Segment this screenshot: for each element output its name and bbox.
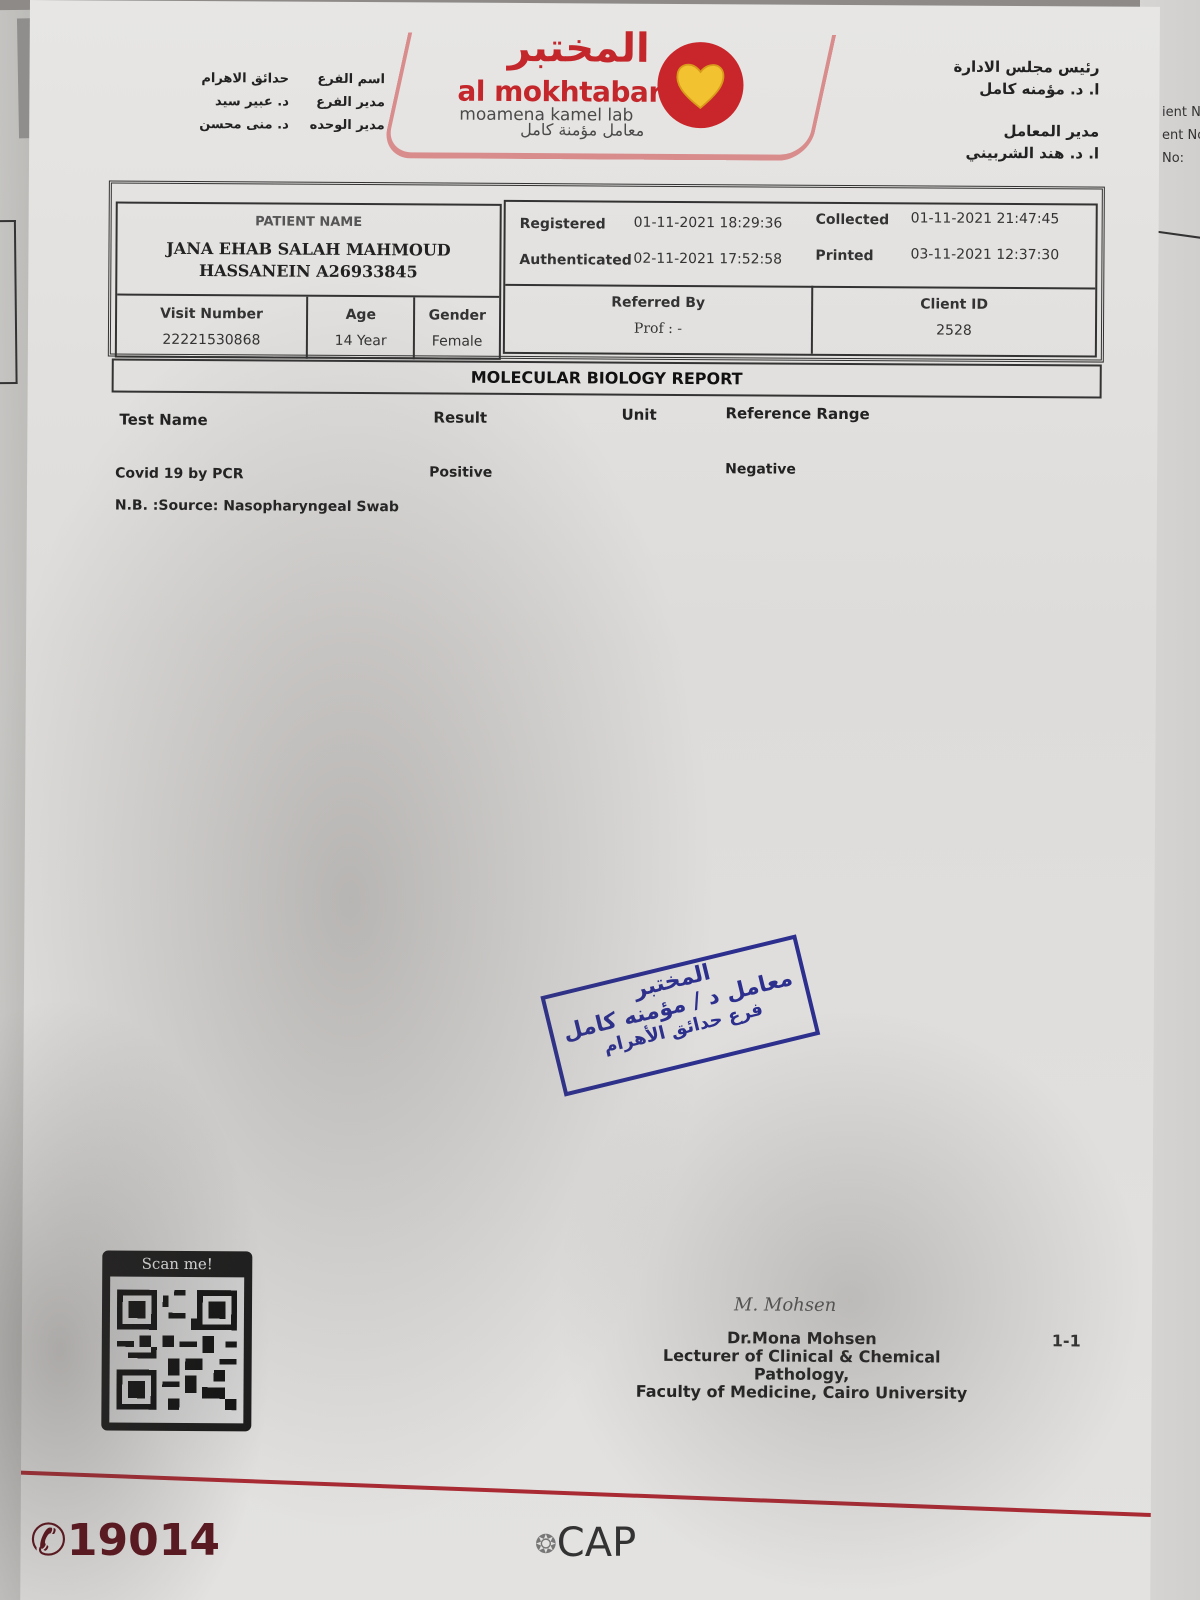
- test-name: Covid 19 by PCR: [115, 466, 244, 483]
- patient-name: JANA EHAB SALAH MAHMOUD HASSANEIN A26933…: [117, 238, 499, 284]
- visit-number: 22221530868: [117, 332, 306, 349]
- referred-by-cell: Referred By Prof : -: [505, 284, 813, 354]
- branch-info: اسم الفرعحدائق الاهرام مدير الفرعد. عبير…: [199, 71, 385, 141]
- signatory-block: Dr.Mona Mohsen Lecturer of Clinical & Ch…: [621, 1329, 981, 1403]
- authenticated-label: Authenticated: [519, 252, 631, 269]
- patient-box: PATIENT NAME JANA EHAB SALAH MAHMOUD HAS…: [115, 202, 502, 360]
- col-result: Result: [433, 408, 487, 426]
- chairman-title: رئيس مجلس الادارة: [940, 56, 1100, 79]
- age-cell: Age 14 Year: [308, 297, 416, 360]
- lab-director-title: مدير المعامل: [939, 120, 1099, 143]
- lab-report-sheet: اسم الفرعحدائق الاهرام مدير الفرعد. عبير…: [20, 0, 1160, 1600]
- patient-name-line1: JANA EHAB SALAH MAHMOUD: [117, 238, 499, 262]
- cap-text: CAP: [557, 1520, 636, 1566]
- fragment-text: No:: [1162, 151, 1184, 166]
- branch-value: حدائق الاهرام: [201, 71, 289, 87]
- signatory-affiliation: Faculty of Medicine, Cairo University: [621, 1383, 981, 1403]
- unit-manager-value: د. منى محسن: [199, 117, 289, 133]
- test-reference: Negative: [725, 461, 796, 477]
- logo-subtitle-arabic: معامل مؤمنة كامل: [459, 120, 644, 140]
- referred-by-label: Referred By: [505, 294, 811, 312]
- visit-number-cell: Visit Number 22221530868: [117, 296, 308, 359]
- fragment-text: ent No: [1162, 128, 1200, 143]
- age-value: 14 Year: [308, 333, 414, 350]
- registered-label: Registered: [520, 216, 606, 233]
- printed-label: Printed: [815, 248, 873, 264]
- gender-value: Female: [415, 333, 499, 350]
- client-id-cell: Client ID 2528: [813, 286, 1095, 356]
- registered-value: 01-11-2021 18:29:36: [634, 215, 783, 232]
- branch-label: اسم الفرع: [307, 72, 385, 87]
- table-fragment: [0, 220, 18, 384]
- sample-note: N.B. :Source: Nasopharyngeal Swab: [115, 498, 399, 516]
- signatory-title: Lecturer of Clinical & Chemical Patholog…: [622, 1347, 982, 1385]
- hotline-value: 19014: [67, 1515, 220, 1566]
- qr-caption: Scan me!: [102, 1254, 252, 1273]
- patient-info-table: PATIENT NAME JANA EHAB SALAH MAHMOUD HAS…: [108, 180, 1105, 362]
- fragment-text: ient Na: [1162, 105, 1200, 120]
- management-info: رئيس مجلس الادارة ا. د. مؤمنه كامل مدير …: [939, 56, 1100, 165]
- collected-value: 01-11-2021 21:47:45: [911, 210, 1060, 227]
- chairman-name: ا. د. مؤمنه كامل: [939, 78, 1099, 101]
- age-label: Age: [308, 307, 414, 324]
- cap-accreditation-logo: ❂CAP: [535, 1520, 636, 1566]
- col-test-name: Test Name: [119, 411, 207, 430]
- branch-manager-value: د. عبير سيد: [215, 94, 289, 109]
- collected-label: Collected: [816, 212, 890, 228]
- unit-manager-label: مدير الوحده: [307, 118, 385, 133]
- logo-english: al mokhtabar: [457, 75, 661, 109]
- footer-divider: [20, 1470, 1160, 1519]
- report-title: MOLECULAR BIOLOGY REPORT: [112, 359, 1102, 399]
- gender-cell: Gender Female: [415, 297, 499, 360]
- heart-icon: [657, 42, 744, 129]
- page-number: 1-1: [1052, 1331, 1081, 1350]
- patient-name-line2: HASSANEIN A26933845: [117, 260, 499, 284]
- qr-code-icon: [109, 1277, 244, 1424]
- client-id-label: Client ID: [813, 296, 1095, 314]
- lab-stamp: المختبر معامل د / مؤمنه كامل فرع حدائق ا…: [540, 934, 820, 1096]
- client-id-value: 2528: [813, 322, 1095, 340]
- referred-by-value: Prof : -: [505, 320, 811, 338]
- printed-value: 03-11-2021 12:37:30: [910, 246, 1059, 263]
- logo-arabic: المختبر: [460, 25, 650, 72]
- hotline-number: ✆19014: [30, 1515, 220, 1566]
- lab-director-name: ا. د. هند الشربيني: [939, 142, 1099, 165]
- handwritten-signature: M. Mohsen: [734, 1294, 836, 1316]
- divider: [1158, 231, 1200, 241]
- col-unit: Unit: [621, 406, 656, 424]
- dates-box: Registered 01-11-2021 18:29:36 Collected…: [503, 200, 1098, 358]
- col-reference-range: Reference Range: [725, 404, 869, 423]
- gender-label: Gender: [415, 307, 499, 324]
- qr-code-block[interactable]: Scan me!: [101, 1250, 252, 1431]
- patient-name-label: PATIENT NAME: [118, 214, 500, 231]
- test-result: Positive: [429, 464, 492, 480]
- branch-manager-label: مدير الفرع: [307, 95, 385, 110]
- authenticated-value: 02-11-2021 17:52:58: [633, 251, 782, 268]
- visit-number-label: Visit Number: [117, 306, 306, 323]
- cap-seal-icon: ❂: [535, 1530, 557, 1560]
